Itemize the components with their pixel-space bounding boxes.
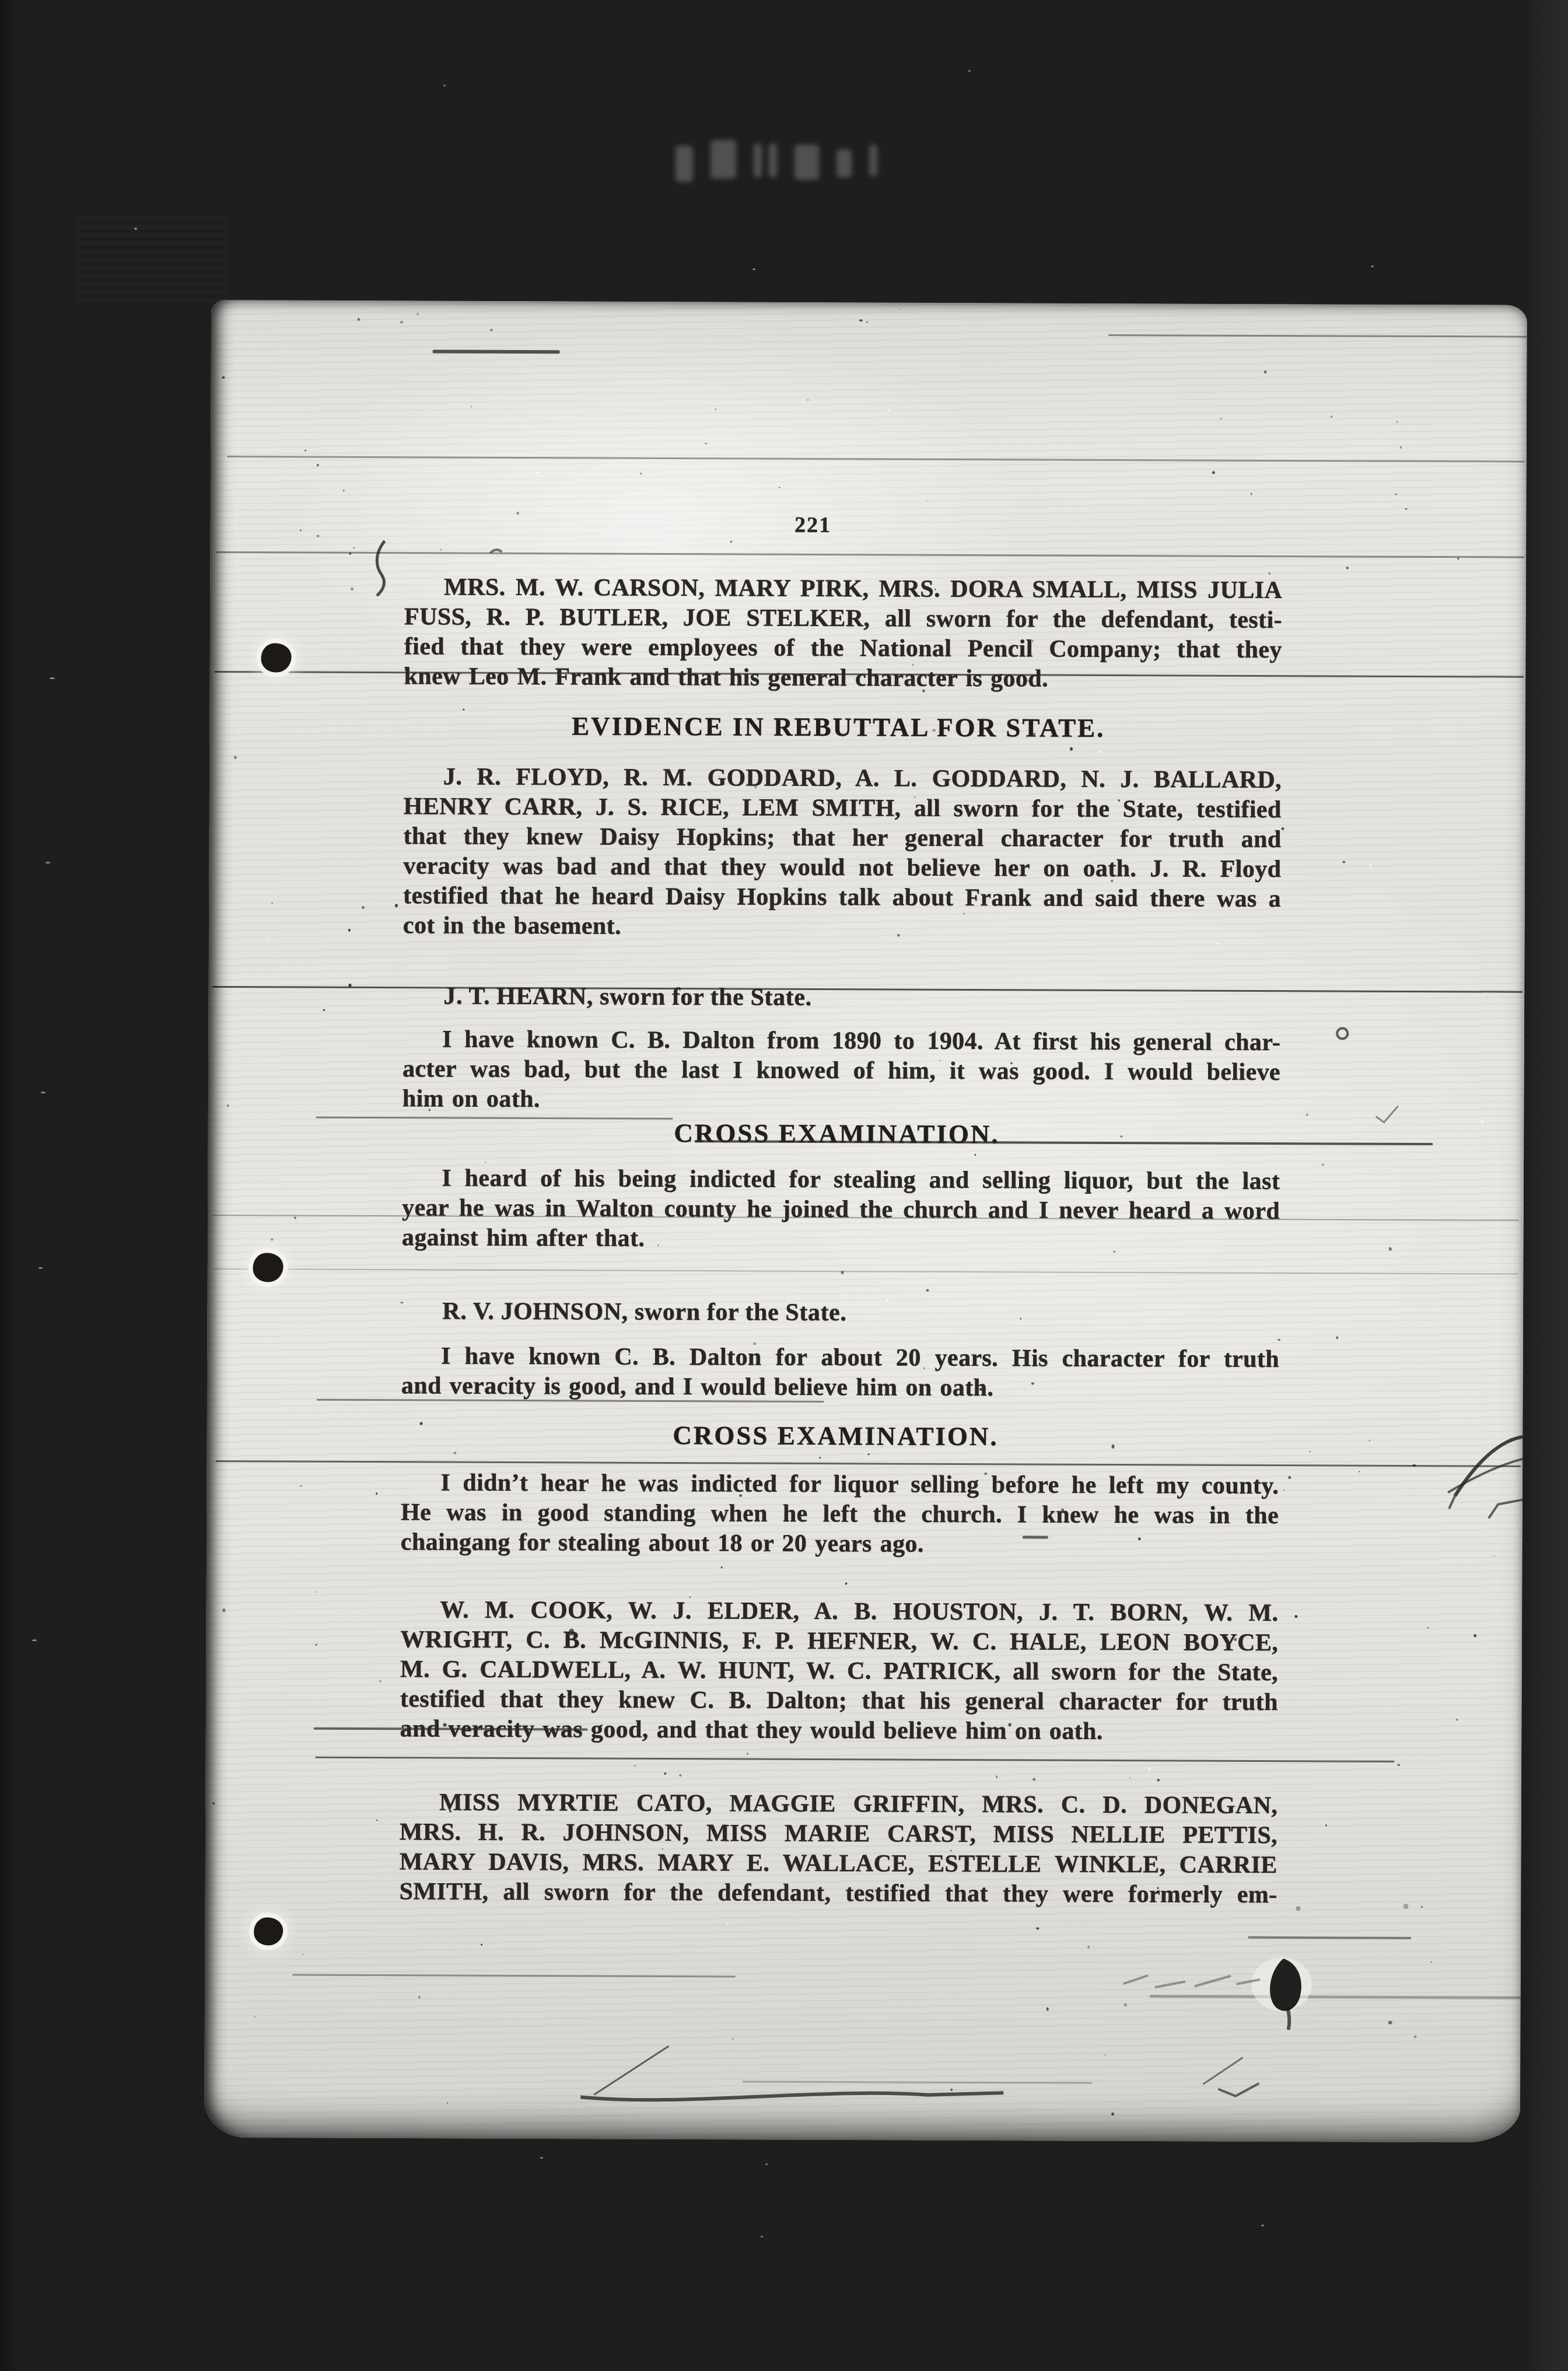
dust-speck (1427, 1627, 1429, 1628)
dust-speck (485, 1162, 486, 1163)
dust-speck (400, 321, 403, 323)
dust-speck (1455, 1719, 1458, 1721)
dust-speck (1282, 827, 1284, 830)
text-line: and veracity was good, and that they wou… (400, 1714, 1277, 1747)
dust-speck (1070, 747, 1073, 751)
dust-speck (271, 1238, 274, 1240)
text-line: I didn’t hear he was indicted for liquor… (401, 1468, 1279, 1501)
dust-speck (1020, 1318, 1022, 1320)
dust-speck (1306, 1114, 1308, 1115)
dust-speck (747, 1753, 748, 1754)
text-line: chaingang for stealing about 18 or 20 ye… (401, 1527, 1279, 1561)
witness-heading-johnson: R. V. JOHNSON, sworn for the State. (442, 1298, 846, 1327)
dust-speck (362, 906, 365, 910)
dust-speck (761, 2236, 763, 2237)
dust-speck (1261, 2225, 1264, 2226)
paper-grain-specks (211, 300, 1527, 305)
dust-speck (1403, 1903, 1409, 1909)
text-line: SMITH, all sworn for the defendant, test… (399, 1877, 1277, 1910)
pinhole-speck (726, 1923, 729, 1925)
page-number: 221 (404, 510, 1221, 539)
dust-speck (1368, 1440, 1370, 1442)
pen-hook (1489, 1499, 1522, 1518)
dust-speck (222, 1608, 225, 1612)
text-line: acter was bad, but the last I knowed of … (402, 1054, 1280, 1087)
heading-cross-examination-2: CROSS EXAMINATION. (409, 1419, 1261, 1453)
text-line: MRS. H. R. JOHNSON, MISS MARIE CARST, MI… (400, 1817, 1277, 1851)
bleedthrough-patch (76, 215, 228, 302)
text-line: MRS. M. W. CARSON, MARY PIRK, MRS. DORA … (404, 572, 1282, 606)
dust-speck (1129, 1777, 1130, 1779)
text-line: him on oath. (402, 1084, 1280, 1117)
ghost-glyph (769, 144, 777, 177)
pinhole-speck (1370, 864, 1372, 866)
text-line: I have known C. B. Dalton from 1890 to 1… (402, 1024, 1280, 1058)
dust-speck (640, 473, 642, 475)
text-line: W. M. COOK, W. J. ELDER, A. B. HOUSTON, … (400, 1595, 1278, 1628)
text-line: against him after that. (402, 1223, 1280, 1256)
dust-speck (845, 1582, 847, 1585)
dust-speck (416, 313, 419, 316)
dust-speck (454, 1452, 456, 1454)
dust-speck (866, 321, 868, 323)
dust-speck (1268, 572, 1270, 575)
ink-drip-tail (1287, 2006, 1290, 2030)
dust-speck (1493, 1556, 1494, 1557)
text-line: He was in good standing when he left the… (401, 1498, 1279, 1531)
scan-line (1248, 1936, 1411, 1939)
pinhole-speck (1325, 1091, 1328, 1093)
scan-line (212, 1268, 1519, 1275)
dust-speck (1288, 1476, 1291, 1480)
dust-speck (395, 904, 398, 907)
diagonal-stroke (594, 2046, 668, 2095)
text-line: I heard of his being indicted for steali… (402, 1163, 1280, 1197)
ink-blot (254, 1917, 283, 1945)
text-line: that they knew Daisy Hopkins; that her g… (403, 821, 1281, 855)
paragraph-defense-witnesses: MRS. M. W. CARSON, MARY PIRK, MRS. DORA … (404, 572, 1282, 695)
text-line: testified that they knew C. B. Dalton; t… (400, 1684, 1278, 1718)
dust-speck (222, 376, 225, 379)
dust-speck (540, 2157, 543, 2159)
dust-speck (1032, 1778, 1035, 1781)
text-line: MARY DAVIS, MRS. MARY E. WALLACE, ESTELL… (400, 1847, 1277, 1880)
ghost-glyph (675, 146, 693, 182)
dust-speck (1322, 1164, 1325, 1166)
dust-speck (996, 1776, 998, 1778)
dust-speck (376, 1492, 377, 1494)
dust-speck (41, 1092, 45, 1093)
text-line: HENRY CARR, J. S. RICE, LEM SMITH, all s… (404, 792, 1282, 825)
dust-speck (353, 547, 355, 549)
dust-speck (134, 228, 137, 230)
text-line: knew Leo M. Frank and that his general c… (404, 662, 1282, 695)
ghost-glyph (754, 144, 762, 177)
paragraph-hearn-direct: I have known C. B. Dalton from 1890 to 1… (402, 1024, 1281, 1117)
dust-speck (294, 1217, 296, 1219)
text-line: testified that he heard Daisy Hopkins ta… (403, 881, 1281, 914)
dust-speck (418, 1996, 421, 1999)
text-line: MISS MYRTIE CATO, MAGGIE GRIFFIN, MRS. C… (400, 1788, 1277, 1821)
paragraph-johnson-direct: I have known C. B. Dalton for about 20 y… (401, 1341, 1279, 1404)
dust-speck (928, 500, 929, 501)
dust-speck (254, 2016, 256, 2018)
pen-curve (1448, 1459, 1522, 1492)
paragraph-dalton-character-witnesses: W. M. COOK, W. J. ELDER, A. B. HOUSTON, … (400, 1595, 1278, 1747)
dust-speck (899, 309, 900, 310)
dust-speck (1421, 1906, 1423, 1908)
scan-line (292, 1974, 736, 1978)
dust-speck (715, 408, 716, 410)
heading-cross-examination-1: CROSS EXAMINATION. (411, 1117, 1262, 1150)
dust-speck (300, 1485, 302, 1487)
text-line: WRIGHT, C. B. McGINNIS, F. P. HEFNER, W.… (400, 1625, 1278, 1658)
text-line: M. G. CALDWELL, A. W. HUNT, W. C. PATRIC… (400, 1655, 1278, 1688)
hook-stroke (1218, 2083, 1259, 2096)
dust-speck (1395, 494, 1398, 495)
text-line: I have known C. B. Dalton for about 20 y… (401, 1341, 1279, 1375)
margin-check-mark (1376, 1106, 1398, 1122)
dust-speck (447, 2103, 449, 2104)
dust-speck (820, 1457, 821, 1459)
dust-speck (807, 399, 808, 401)
dust-speck (1397, 1764, 1400, 1766)
diagonal-stroke (1203, 2058, 1242, 2085)
bleedthrough-ghost-marks (675, 140, 877, 182)
ghost-glyph (836, 149, 852, 177)
pinhole-speck (1409, 1854, 1411, 1855)
scan-line (1108, 334, 1527, 338)
dust-speck (1111, 2113, 1114, 2115)
pen-hook (1449, 1496, 1455, 1509)
ink-drip-blob (1270, 1959, 1301, 2011)
dust-speck (50, 677, 55, 679)
dust-speck (1264, 370, 1267, 373)
pinhole-speck (1148, 1768, 1150, 1770)
dust-speck (1157, 1779, 1160, 1781)
text-line: cot in the basement. (403, 911, 1281, 944)
ghost-glyph (710, 140, 736, 179)
dust-speck (348, 929, 350, 932)
paragraph-former-employees: MISS MYRTIE CATO, MAGGIE GRIFFIN, MRS. C… (399, 1788, 1277, 1910)
dust-speck (1294, 1615, 1297, 1618)
scan-line (315, 1757, 1394, 1762)
scan-line (1150, 1995, 1523, 1999)
pinhole-speck (266, 938, 268, 940)
dust-speck (779, 487, 780, 488)
ghost-glyph (794, 145, 819, 180)
pinhole-speck (885, 1299, 888, 1302)
dust-speck (1220, 418, 1221, 419)
scan-line (212, 986, 1522, 993)
dust-speck (343, 489, 345, 491)
dust-speck (1342, 861, 1345, 863)
ink-blot (253, 1253, 283, 1282)
pinhole-speck (1098, 750, 1101, 753)
text-line: J. R. FLOYD, R. M. GODDARD, A. L. GODDAR… (404, 762, 1282, 795)
dust-speck (974, 1154, 976, 1156)
dust-speck (317, 535, 320, 537)
dust-speck (1331, 415, 1332, 417)
dust-speck (752, 268, 755, 270)
dust-speck (357, 318, 359, 321)
dust-speck (1405, 508, 1407, 510)
dust-speck (634, 1765, 635, 1767)
margin-dot-mark (1337, 1028, 1347, 1038)
dust-speck (304, 449, 307, 451)
dust-speck (471, 406, 472, 407)
photographed-document-scan: 221 MRS. M. W. CARSON, MARY PIRK, MRS. D… (0, 0, 1568, 2371)
dust-speck (1396, 421, 1398, 423)
dust-speck (705, 443, 706, 445)
scratch-scribble (1123, 1975, 1260, 1988)
dust-speck (443, 85, 446, 86)
dust-speck (1212, 471, 1215, 474)
paragraph-hearn-cross: I heard of his being indicted for steali… (402, 1163, 1280, 1256)
pinhole-speck (888, 410, 890, 411)
dust-speck (1400, 446, 1402, 448)
scan-line (1023, 1536, 1048, 1538)
dust-speck (481, 1944, 482, 1946)
dust-speck (271, 903, 273, 904)
dust-speck (1336, 1337, 1338, 1340)
dust-speck (1388, 2021, 1392, 2024)
dust-speck (45, 862, 50, 863)
dust-speck (1251, 493, 1252, 495)
scan-line (742, 2081, 1092, 2084)
dust-speck (38, 1267, 43, 1269)
dust-speck (1457, 558, 1459, 560)
dust-speck (968, 70, 971, 72)
paragraph-state-witnesses: J. R. FLOYD, R. M. GODDARD, A. L. GODDAR… (403, 762, 1282, 944)
dust-speck (721, 1566, 723, 1569)
dust-speck (664, 1772, 667, 1775)
dust-speck (490, 328, 493, 331)
dust-speck (351, 587, 353, 590)
dust-speck (1124, 2003, 1126, 2006)
dust-speck (1359, 1471, 1360, 1472)
dust-speck (1046, 2008, 1049, 2010)
scan-artifact-lines (211, 300, 1527, 305)
dust-speck (379, 1680, 381, 1682)
ghost-glyph (869, 145, 877, 176)
blob-halo (1251, 1957, 1312, 2011)
dust-speck (1037, 1927, 1039, 1929)
dust-speck (323, 1009, 325, 1011)
dust-speck (1414, 2036, 1417, 2038)
dust-speck (1283, 1489, 1284, 1491)
section-heading-rebuttal: EVIDENCE IN REBUTTAL FOR STATE. (412, 710, 1264, 744)
pinhole-speck (1480, 1120, 1483, 1123)
dust-speck (316, 1644, 317, 1646)
text-line: veracity was bad and that they would not… (403, 851, 1281, 884)
dust-speck (730, 540, 732, 543)
dust-speck (1346, 566, 1349, 569)
scan-line (215, 1460, 1521, 1467)
dust-speck (300, 530, 301, 531)
dust-speck (1325, 1824, 1327, 1827)
scan-line (227, 456, 1525, 463)
dust-speck (315, 1591, 316, 1592)
ink-blot (261, 643, 292, 672)
dust-speck (859, 319, 862, 321)
dust-speck (1473, 1634, 1476, 1638)
dust-speck (234, 756, 237, 759)
text-line: FUSS, R. P. BUTLER, JOE STELKER, all swo… (404, 602, 1282, 635)
paragraph-johnson-cross: I didn’t hear he was indicted for liquor… (401, 1468, 1279, 1561)
dust-speck (376, 1820, 378, 1821)
dust-speck (1310, 1451, 1311, 1452)
document-page: 221 MRS. M. W. CARSON, MARY PIRK, MRS. D… (204, 300, 1527, 2143)
brace-pen-mark (377, 541, 384, 596)
dust-speck (317, 464, 319, 467)
dust-speck (1087, 1946, 1090, 1949)
scan-line (216, 551, 1524, 558)
text-line: fied that they were employees of the Nat… (404, 632, 1282, 665)
wavy-bottom-stroke (580, 2091, 1003, 2101)
dust-speck (32, 1639, 37, 1641)
dust-speck (212, 1802, 215, 1805)
dust-speck (1277, 1339, 1280, 1341)
dust-speck (226, 1104, 229, 1107)
dust-speck (1388, 1247, 1392, 1251)
dust-speck (680, 1775, 681, 1776)
dust-speck (951, 2089, 953, 2091)
scan-line (433, 349, 560, 354)
text-line: year he was in Walton county he joined t… (402, 1193, 1280, 1226)
dust-speck (867, 1453, 870, 1456)
dust-speck (1296, 1906, 1300, 1911)
pinhole-speck (535, 471, 538, 474)
dust-speck (926, 1289, 929, 1292)
dust-speck (765, 2163, 768, 2165)
dust-speck (400, 1302, 403, 1304)
dust-speck (1430, 1961, 1431, 1963)
dust-speck (1104, 2054, 1105, 2055)
dust-speck (302, 1954, 303, 1955)
dust-speck (1371, 265, 1374, 267)
dust-speck (440, 548, 441, 550)
dust-speck (732, 2038, 734, 2040)
